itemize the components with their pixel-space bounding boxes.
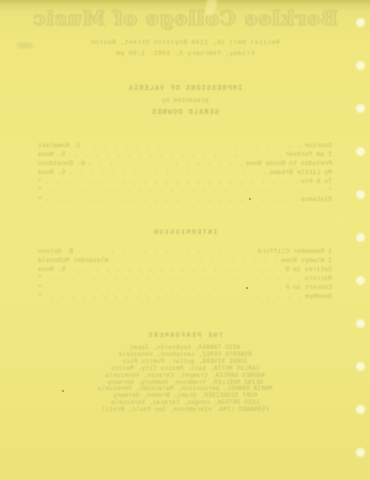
punch-hole — [357, 234, 364, 241]
piece-title: I am forever — [285, 150, 332, 159]
punch-hole — [357, 19, 364, 26]
punch-hole — [357, 320, 364, 327]
piece-title: Distance — [301, 195, 332, 204]
program-row: " . . . . . . . . . . . . . . . . . . . … — [38, 186, 332, 195]
piece-composer: S. Nova — [38, 168, 65, 177]
piece-composer: " — [38, 177, 42, 186]
program-row: I am forever . . . . . . . . . . . . . .… — [38, 150, 332, 159]
dot-leader: . . . . . . . . . . . . . . . . . . . . … — [68, 168, 266, 177]
piece-composer: S. Nova — [38, 150, 65, 159]
piece-title: To & Fro — [301, 177, 332, 186]
program-row: I Remember Clifford . . . . . . . . . . … — [38, 247, 332, 256]
dot-leader: . . . . . . . . . . . . . . . . . . . . … — [88, 159, 243, 168]
ink-speck — [62, 390, 64, 392]
performers-list: AKIO TANAKA, keyboards, Japan ROBERTO PE… — [0, 345, 370, 414]
dot-leader: . . . . . . . . . . . . . . . . . . . . … — [45, 195, 298, 204]
program-row: Goodbye . . . . . . . . . . . . . . . . … — [38, 292, 332, 301]
dot-leader: . . . . . . . . . . . . . . . . . . . . … — [68, 265, 282, 274]
program-row: My Little Dreams . . . . . . . . . . . .… — [38, 168, 332, 177]
punch-hole — [357, 105, 364, 112]
ink-speck — [249, 198, 251, 200]
recital-performer-name: GERALD DOWNES — [0, 109, 370, 118]
berklee-logo-wordmark: Berklee College of Music — [0, 6, 370, 30]
program-row: Sunrise . . . . . . . . . . . . . . . . … — [38, 141, 332, 150]
piece-composer: S. Nova — [38, 265, 65, 274]
program-row: Satires in D . . . . . . . . . . . . . .… — [38, 265, 332, 274]
dot-leader: . . . . . . . . . . . . . . . . . . . . … — [45, 274, 302, 283]
punch-hole — [357, 449, 364, 456]
dot-leader: . . . . . . . . . . . . . . . . . . . . … — [68, 150, 282, 159]
punch-hole — [357, 363, 364, 370]
punch-hole — [357, 148, 364, 155]
dot-leader: . . . . . . . . . . . . . . . . . . . . … — [45, 177, 298, 186]
piece-title: Mirrors — [305, 274, 332, 283]
piece-title: Concert in F — [285, 283, 332, 292]
piece-composer: " — [38, 283, 42, 292]
program-row: Concert in F . . . . . . . . . . . . . .… — [38, 283, 332, 292]
recital-title: IMPRESSIONS OF VALERIA — [0, 85, 370, 94]
piece-title: I Always Knew — [281, 256, 332, 265]
program-list-part2: I Remember Clifford . . . . . . . . . . … — [0, 247, 370, 301]
showthrough-content: Berklee College of Music Recital Hall 1A… — [0, 0, 370, 480]
piece-composer: H. Donaldson — [38, 159, 85, 168]
venue-address-line: Recital Hall 1A, 1140 Boylston Street, B… — [0, 39, 370, 47]
dot-leader: . . . . . . . . . . . . . . . . . . . . … — [45, 292, 302, 301]
scanned-program-page: Berklee College of Music Recital Hall 1A… — [0, 0, 370, 480]
piece-composer: J. Kowalski — [38, 141, 81, 150]
ink-speck — [246, 287, 248, 289]
program-list-part1: Sunrise . . . . . . . . . . . . . . . . … — [0, 141, 370, 204]
recital-subtitle: presented by — [0, 97, 370, 105]
scan-smudge — [16, 42, 34, 49]
program-row: Mirrors . . . . . . . . . . . . . . . . … — [38, 274, 332, 283]
punch-hole — [357, 62, 364, 69]
punch-hole — [357, 277, 364, 284]
dot-leader: . . . . . . . . . . . . . . . . . . . . … — [76, 247, 255, 256]
piece-title: I Remember Clifford — [258, 247, 332, 256]
piece-composer: Alexander McDonald — [38, 256, 108, 265]
program-row: Preludio to Bossa Nova . . . . . . . . .… — [38, 159, 332, 168]
performer-line: FERNANDO LIMA, vibraphone, Sao Paulo, Br… — [0, 407, 370, 414]
piece-composer: " — [38, 274, 42, 283]
program-row: To & Fro . . . . . . . . . . . . . . . .… — [38, 177, 332, 186]
performers-heading: THE PERFORMERS — [0, 331, 370, 340]
piece-title: My Little Dreams — [270, 168, 332, 177]
program-row: I Always Knew . . . . . . . . . . . . . … — [38, 256, 332, 265]
piece-composer: B. Golson — [38, 247, 73, 256]
dot-leader: . . . . . . . . . . . . . . . . . . . . … — [45, 186, 325, 195]
piece-composer: " — [38, 186, 42, 195]
date-time-line: Friday, February 6, 1981. 1:00 pm — [0, 50, 370, 58]
piece-title: Goodbye — [305, 292, 332, 301]
piece-title: Satires in D — [285, 265, 332, 274]
program-row: Distance . . . . . . . . . . . . . . . .… — [38, 195, 332, 204]
punch-hole — [357, 406, 364, 413]
piece-title: " — [328, 186, 332, 195]
intermission-heading: INTERMISSION — [0, 228, 370, 237]
dot-leader: . . . . . . . . . . . . . . . . . . . . … — [111, 256, 278, 265]
piece-title: Sunrise — [305, 141, 332, 150]
punch-hole — [357, 191, 364, 198]
piece-composer: " — [38, 292, 42, 301]
piece-composer: " — [38, 195, 42, 204]
piece-title: Preludio to Bossa Nova — [246, 159, 332, 168]
dot-leader: . . . . . . . . . . . . . . . . . . . . … — [84, 141, 302, 150]
